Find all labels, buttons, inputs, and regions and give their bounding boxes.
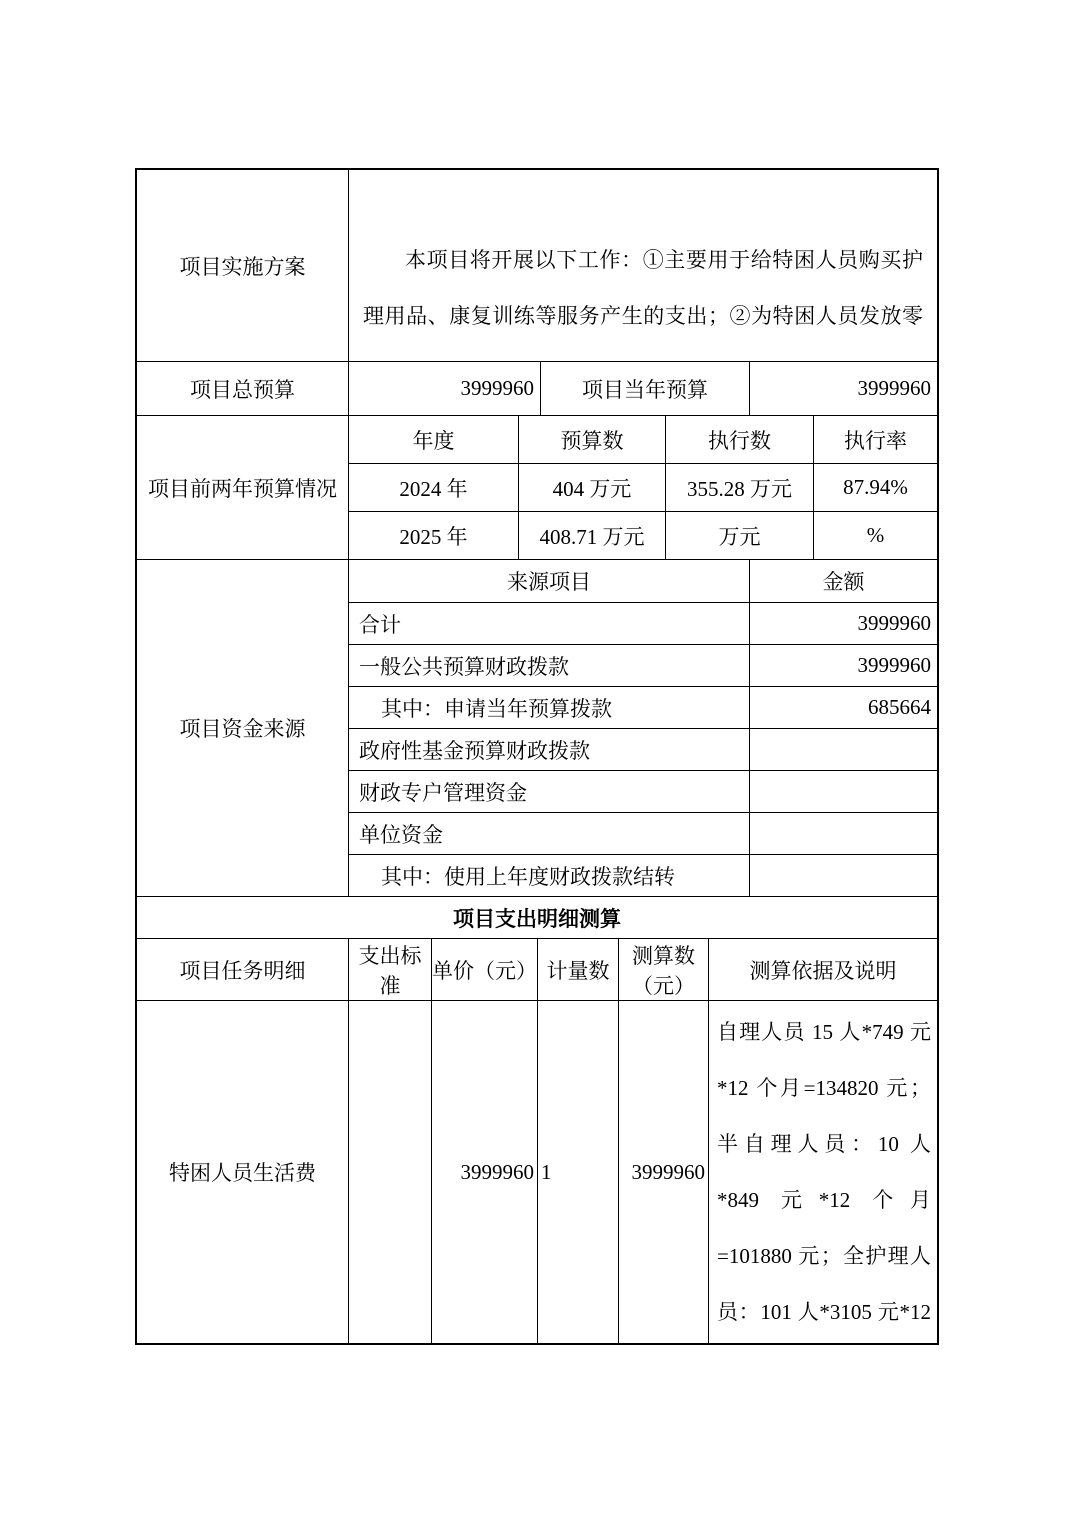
current-year-budget-value: 3999960 — [750, 362, 937, 416]
header-execution-rate: 执行率 — [814, 416, 937, 464]
executed-2025: 万元 — [666, 512, 814, 560]
implementation-para1: 本项目将开展以下工作：①主要用于给特困人员购买护理用品、康复训练等服务产生的支出… — [363, 232, 923, 362]
funding-amount-carryover — [750, 855, 937, 897]
year-2024: 2024 年 — [349, 464, 519, 512]
table-row: 2024 年 404 万元 355.28 万元 87.94% — [349, 464, 937, 512]
table-row: 单位资金 — [349, 813, 937, 855]
project-budget-table: 项目实施方案 本项目将开展以下工作：①主要用于给特困人员购买护理用品、康复训练等… — [135, 168, 939, 1345]
table-row: 政府性基金预算财政拨款 — [349, 729, 937, 771]
header-calc-basis: 测算依据及说明 — [709, 939, 937, 1001]
header-amount: 金额 — [750, 560, 937, 603]
detail-header-row: 项目任务明细 支出标 准 单价（元） 计量数 测算数 （元） 测算依据及说明 — [137, 939, 937, 1001]
header-executed-amount: 执行数 — [666, 416, 814, 464]
total-budget-label: 项目总预算 — [137, 362, 349, 416]
funding-amount-unit-funds — [750, 813, 937, 855]
header-year: 年度 — [349, 416, 519, 464]
funding-label: 项目资金来源 — [137, 560, 349, 897]
task-calc-basis: 自理人员 15 人*749 元*12 个月=134820 元；半自理人员：10 … — [709, 1001, 937, 1343]
funding-section: 项目资金来源 来源项目 金额 合计 3999960 一般公共预算财政拨款 399… — [137, 560, 937, 897]
funding-amount-fiscal-special — [750, 771, 937, 813]
total-budget-value: 3999960 — [349, 362, 541, 416]
task-quantity: 1 — [538, 1001, 619, 1343]
task-calc-amount: 3999960 — [619, 1001, 709, 1343]
header-calc-amount: 测算数 （元） — [619, 939, 709, 1001]
prev-years-label: 项目前两年预算情况 — [137, 416, 349, 560]
budget-2024: 404 万元 — [519, 464, 666, 512]
funding-name-total: 合计 — [349, 603, 750, 645]
executed-2024: 355.28 万元 — [666, 464, 814, 512]
prev-years-section: 项目前两年预算情况 年度 预算数 执行数 执行率 2024 年 404 万元 3… — [137, 416, 937, 560]
detail-title: 项目支出明细测算 — [137, 897, 937, 939]
prev-years-header-row: 年度 预算数 执行数 执行率 — [349, 416, 937, 464]
budget-2025: 408.71 万元 — [519, 512, 666, 560]
table-row: 财政专户管理资金 — [349, 771, 937, 813]
header-source-item: 来源项目 — [349, 560, 750, 603]
implementation-label: 项目实施方案 — [137, 170, 349, 362]
funding-amount-gov-fund — [750, 729, 937, 771]
funding-amount-total: 3999960 — [750, 603, 937, 645]
implementation-content: 本项目将开展以下工作：①主要用于给特困人员购买护理用品、康复训练等服务产生的支出… — [349, 170, 937, 362]
task-unit-price: 3999960 — [432, 1001, 538, 1343]
prev-years-grid: 年度 预算数 执行数 执行率 2024 年 404 万元 355.28 万元 8… — [349, 416, 937, 560]
detail-data-row: 特困人员生活费 3999960 1 3999960 自理人员 15 人*749 … — [137, 1001, 937, 1343]
table-row: 一般公共预算财政拨款 3999960 — [349, 645, 937, 687]
table-row: 2025 年 408.71 万元 万元 % — [349, 512, 937, 560]
year-2025: 2025 年 — [349, 512, 519, 560]
task-standard — [349, 1001, 432, 1343]
implementation-section: 项目实施方案 本项目将开展以下工作：①主要用于给特困人员购买护理用品、康复训练等… — [137, 170, 937, 362]
header-expense-standard: 支出标 准 — [349, 939, 432, 1001]
rate-2024: 87.94% — [814, 464, 937, 512]
header-task-detail: 项目任务明细 — [137, 939, 349, 1001]
funding-amount-current-year-request: 685664 — [750, 687, 937, 729]
budget-totals-row: 项目总预算 3999960 项目当年预算 3999960 — [137, 362, 937, 416]
task-name: 特困人员生活费 — [137, 1001, 349, 1343]
funding-name-current-year-request: 其中：申请当年预算拨款 — [349, 687, 750, 729]
funding-grid: 来源项目 金额 合计 3999960 一般公共预算财政拨款 3999960 其中… — [349, 560, 937, 897]
table-row: 合计 3999960 — [349, 603, 937, 645]
rate-2025: % — [814, 512, 937, 560]
funding-name-fiscal-special: 财政专户管理资金 — [349, 771, 750, 813]
funding-name-carryover: 其中：使用上年度财政拨款结转 — [349, 855, 750, 897]
detail-title-row: 项目支出明细测算 — [137, 897, 937, 939]
header-quantity: 计量数 — [538, 939, 619, 1001]
funding-name-general-public: 一般公共预算财政拨款 — [349, 645, 750, 687]
table-row: 其中：申请当年预算拨款 685664 — [349, 687, 937, 729]
funding-header-row: 来源项目 金额 — [349, 560, 937, 603]
header-budget-amount: 预算数 — [519, 416, 666, 464]
funding-amount-general-public: 3999960 — [750, 645, 937, 687]
funding-name-gov-fund: 政府性基金预算财政拨款 — [349, 729, 750, 771]
header-unit-price: 单价（元） — [432, 939, 538, 1001]
table-row: 其中：使用上年度财政拨款结转 — [349, 855, 937, 897]
funding-name-unit-funds: 单位资金 — [349, 813, 750, 855]
current-year-budget-label: 项目当年预算 — [541, 362, 750, 416]
